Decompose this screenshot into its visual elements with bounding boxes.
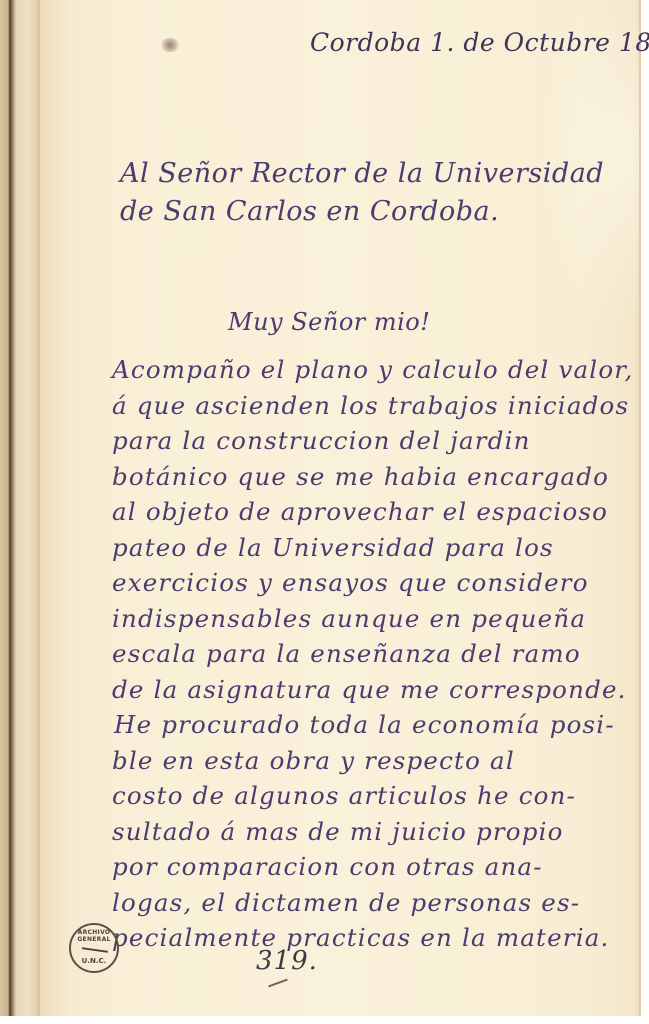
body-line: á que ascienden los trabajos iniciados: [112, 388, 642, 424]
body-line: botánico que se me habia encargado: [112, 459, 642, 495]
body-line: Acompaño el plano y calculo del valor,: [112, 352, 642, 388]
body-line: pateo de la Universidad para los: [112, 530, 642, 566]
body-line: por comparacion con otras ana-: [112, 849, 642, 885]
stamp-ring-text: ARCHIVO GENERAL: [71, 929, 117, 943]
body-line: costo de algunos articulos he con-: [112, 778, 642, 814]
stamp-bar: [82, 947, 108, 952]
body-line: sultado á mas de mi juicio propio: [112, 814, 642, 850]
body-line: escala para la enseñanza del ramo: [112, 636, 642, 672]
folio-number: 319.: [256, 946, 318, 976]
date-line: Cordoba 1. de Octubre 1875.: [310, 28, 649, 57]
body-line: logas, el dictamen de personas es-: [112, 885, 642, 921]
stamp-bottom-text: U.N.C.: [71, 957, 117, 965]
body-line: para la construccion del jardin: [112, 423, 642, 459]
letter-body: Acompaño el plano y calculo del valor, á…: [112, 352, 642, 956]
body-line: exercicios y ensayos que considero: [112, 565, 642, 601]
body-line: He procurado toda la economía posi-: [112, 707, 642, 743]
address-line-1: Al Señor Rector de la Universidad: [120, 158, 604, 189]
document-scan: Cordoba 1. de Octubre 1875. Al Señor Rec…: [0, 0, 649, 1024]
ink-stain: [160, 38, 180, 52]
body-line: indispensables aunque en pequeña: [112, 601, 642, 637]
body-line: al objeto de aprovechar el espacioso: [112, 494, 642, 530]
salutation: Muy Señor mio!: [228, 308, 430, 336]
book-binding: [0, 0, 42, 1016]
address-line-2: de San Carlos en Cordoba.: [120, 196, 499, 227]
body-line: pecialmente practicas en la materia.: [112, 920, 642, 956]
body-line: ble en esta obra y respecto al: [112, 743, 642, 779]
archive-stamp-icon: ARCHIVO GENERAL U.N.C.: [69, 923, 119, 973]
body-line: de la asignatura que me corresponde.: [112, 672, 642, 708]
